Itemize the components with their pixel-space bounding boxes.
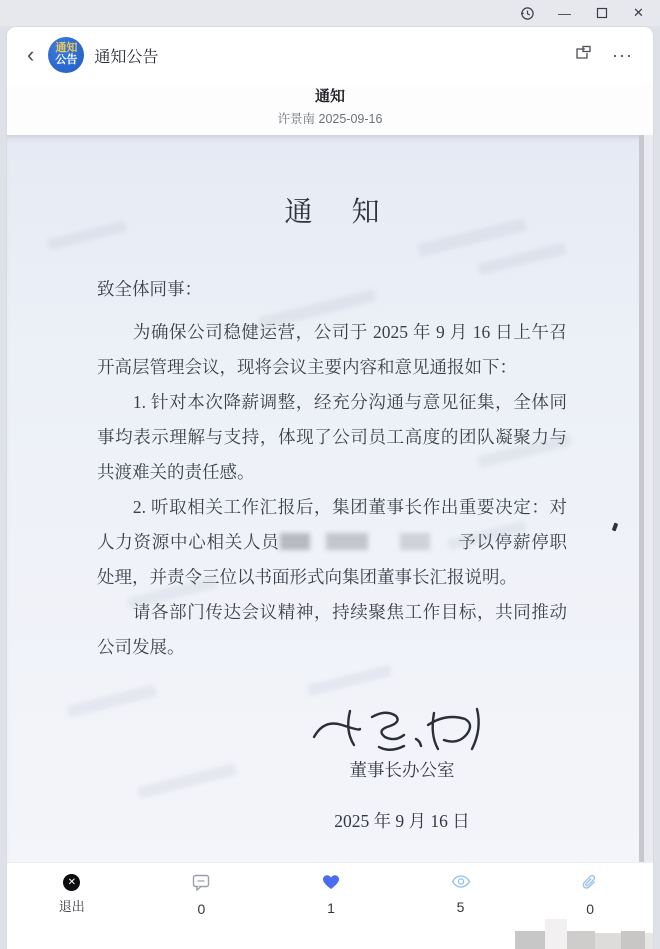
scrollbar-track[interactable]: [644, 135, 653, 873]
censored-names-blur: [280, 533, 458, 550]
signature-block: 董事长办公室 2025 年 9 月 16 日: [267, 701, 537, 839]
minimize-button[interactable]: —: [557, 6, 572, 21]
notice-meta: 通知 许景南 2025-09-16: [7, 83, 653, 135]
comment-icon: [192, 874, 210, 896]
window-titlebar: — ✕: [0, 0, 660, 26]
heart-icon: [322, 874, 340, 895]
comment-count: 0: [197, 901, 205, 917]
comment-button[interactable]: 0: [137, 874, 267, 917]
paragraph-2: 1. 针对本次降薪调整，经充分沟通与意见征集，全体同事均表示理解与支持，体现了公…: [97, 385, 567, 490]
logo-line2: 公告: [55, 55, 77, 67]
bottom-toolbar: ✕ 退出 0 1: [7, 862, 654, 949]
eye-icon: [451, 874, 471, 894]
like-count: 1: [327, 900, 335, 916]
notice-title: 通知: [7, 85, 653, 106]
exit-button[interactable]: ✕ 退出: [7, 874, 137, 915]
like-button[interactable]: 1: [266, 874, 396, 916]
history-icon[interactable]: [520, 6, 535, 21]
maximize-button[interactable]: [594, 6, 609, 21]
views-button[interactable]: 5: [396, 874, 526, 915]
paragraph-1: 为确保公司稳健运营，公司于 2025 年 9 月 16 日上午召开高层管理会议，…: [97, 315, 567, 385]
exit-icon: ✕: [63, 874, 80, 891]
paragraph-3: 2. 听取相关工作汇报后，集团董事长作出重要决定：对人力资源中心相关人员予以停薪…: [97, 490, 567, 595]
exit-label: 退出: [59, 896, 85, 915]
close-button[interactable]: ✕: [631, 6, 646, 21]
more-options-icon[interactable]: ···: [612, 50, 633, 61]
app-window: ‹ 通知 公告 通知公告 ··· 通知 许景南 2025-09-16: [6, 26, 654, 949]
popout-icon[interactable]: [575, 45, 592, 65]
paperclip-icon: [582, 874, 598, 896]
view-count: 5: [457, 899, 465, 915]
document-date: 2025 年 9 月 16 日: [267, 804, 537, 839]
notice-author-date: 许景南 2025-09-16: [7, 109, 653, 127]
app-title: 通知公告: [94, 44, 575, 67]
ink-speck: [612, 523, 618, 532]
office-name: 董事长办公室: [267, 753, 537, 788]
back-button[interactable]: ‹: [27, 44, 34, 66]
document-page: 通 知 致全体同事： 为确保公司稳健运营，公司于 2025 年 9 月 16 日…: [7, 135, 653, 873]
app-header: ‹ 通知 公告 通知公告 ···: [7, 27, 653, 83]
handwritten-signature: [302, 701, 502, 759]
app-logo-icon: 通知 公告: [48, 37, 84, 73]
paragraph-4: 请各部门传达会议精神，持续聚焦工作目标，共同推动公司发展。: [97, 595, 567, 665]
censored-watermark-mosaic: [515, 905, 654, 949]
